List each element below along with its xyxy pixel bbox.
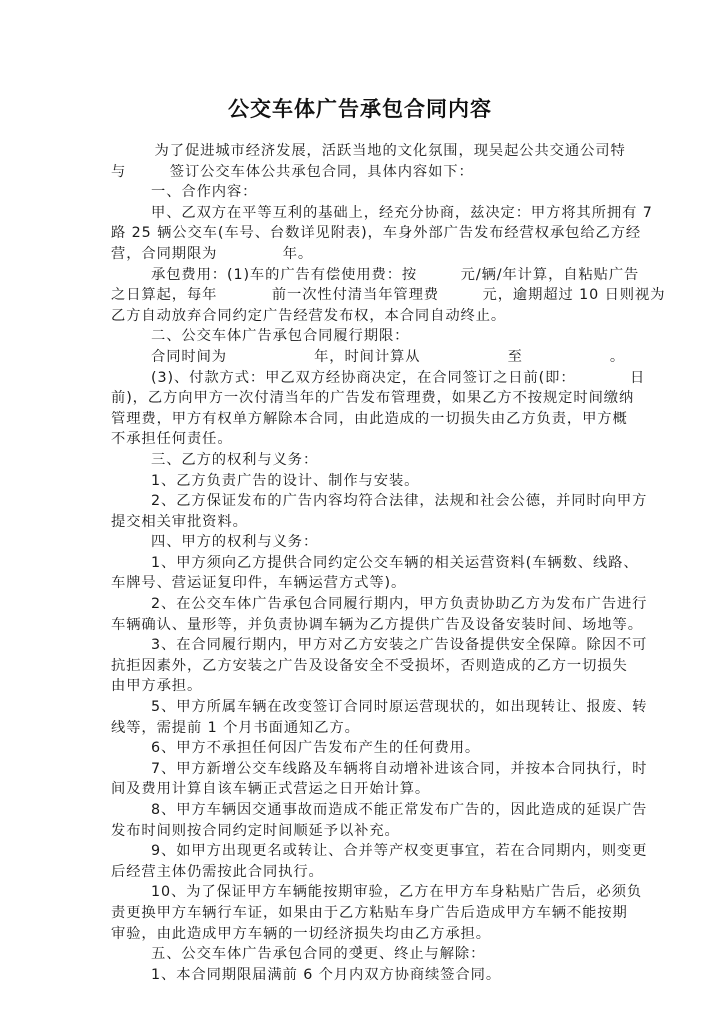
document-line: 合同时间为 年，时间计算从 至 。 bbox=[111, 347, 609, 368]
document-line: 1、乙方负责广告的设计、制作与安装。 bbox=[111, 471, 609, 492]
document-line: 2、乙方保证发布的广告内容均符合法律，法规和社会公德，并同时向甲方 bbox=[111, 491, 609, 512]
document-line: 7、甲方新增公交车线路及车辆将自动增补进该合同，并按本合同执行，时 bbox=[111, 759, 609, 780]
document-line: 9、如甲方出现更名或转让、合并等产权变更事宜，若在合同期内，则变更 bbox=[111, 841, 609, 862]
document-line: 间及费用计算自该车辆正式营运之日开始计算。 bbox=[111, 779, 609, 800]
document-line: 乙方自动放弃合同约定广告经营发布权，本合同自动终止。 bbox=[111, 306, 609, 327]
document-line: 甲、乙双方在平等互利的基础上，经充分协商，兹决定：甲方将其所拥有 7 bbox=[111, 203, 609, 224]
document-line: 管理费，甲方有权单方解除本合同，由此造成的一切损失由乙方负责，甲方概 bbox=[111, 409, 609, 430]
document-line: 一、合作内容： bbox=[111, 182, 609, 203]
document-line: 审验，由此造成甲方车辆的一切经济损失均由乙方承担。 bbox=[111, 924, 609, 945]
document-line: 后经营主体仍需按此合同执行。 bbox=[111, 862, 609, 883]
document-line: 三、乙方的权利与义务： bbox=[111, 450, 609, 471]
document-line: 2、在公交车体广告承包合同履行期内，甲方负责协助乙方为发布广告进行 bbox=[111, 594, 609, 615]
document-line: 1、本合同期限届满前 6 个月内双方协商续签合同。 bbox=[111, 965, 609, 986]
document-line: 责更换甲方车辆行车证，如果由于乙方粘贴车身广告后造成甲方车辆不能按期 bbox=[111, 903, 609, 924]
document-line: 营，合同期限为 年。 bbox=[111, 244, 609, 265]
document-line: 车牌号、营运证复印件，车辆运营方式等)。 bbox=[111, 573, 609, 594]
document-line: 10、为了保证甲方车辆能按期审验，乙方在甲方车身粘贴广告后，必须负 bbox=[111, 882, 609, 903]
document-line: 3、在合同履行期内，甲方对乙方安装之广告设备提供安全保障。除因不可 bbox=[111, 635, 609, 656]
document-line: 四、甲方的权利与义务： bbox=[111, 532, 609, 553]
document-line: 由甲方承担。 bbox=[111, 676, 609, 697]
document-line: (3)、付款方式：甲乙双方经协商决定，在合同签订之日前(即： 日 bbox=[111, 368, 609, 389]
document-body: 为了促进城市经济发展，活跃当地的文化氛围，现吴起公共交通公司特与 签订公交车体公… bbox=[111, 141, 609, 985]
document-line: 抗拒因素外，乙方安装之广告及设备安全不受损坏，否则造成的乙方一切损失 bbox=[111, 656, 609, 677]
document-line: 5、甲方所属车辆在改变签订合同时原运营现状的，如出现转让、报废、转 bbox=[111, 697, 609, 718]
document-line: 为了促进城市经济发展，活跃当地的文化氛围，现吴起公共交通公司特 bbox=[111, 141, 609, 162]
document-line: 承包费用：(1)车的广告有偿使用费：按 元/辆/年计算，自粘贴广告 bbox=[111, 265, 609, 286]
document-line: 前)，乙方向甲方一次付清当年的广告发布管理费，如果乙方不按规定时间缴纳 bbox=[111, 388, 609, 409]
document-line: 发布时间则按合同约定时间顺延予以补充。 bbox=[111, 821, 609, 842]
document-line: 二、公交车体广告承包合同履行期限： bbox=[111, 326, 609, 347]
document-line: 路 25 辆公交车(车号、台数详见附表)，车身外部广告发布经营权承包给乙方经 bbox=[111, 223, 609, 244]
document-line: 之日算起，每年 前一次性付清当年管理费 元，逾期超过 10 日则视为 bbox=[111, 285, 609, 306]
document-line: 车辆确认、量形等，并负责协调车辆为乙方提供广告及设备安装时间、场地等。 bbox=[111, 615, 609, 636]
page-number: 1 bbox=[0, 944, 720, 957]
document-line: 1、甲方须向乙方提供合同约定公交车辆的相关运营资料(车辆数、线路、 bbox=[111, 553, 609, 574]
document-line: 线等，需提前 1 个月书面通知乙方。 bbox=[111, 718, 609, 739]
document-line: 不承担任何责任。 bbox=[111, 429, 609, 450]
document-line: 提交相关审批资料。 bbox=[111, 512, 609, 533]
document-title: 公交车体广告承包合同内容 bbox=[0, 93, 720, 123]
document-line: 6、甲方不承担任何因广告发布产生的任何费用。 bbox=[111, 738, 609, 759]
document-line: 与 签订公交车体公共承包合同，具体内容如下： bbox=[111, 162, 609, 183]
document-line: 8、甲方车辆因交通事故而造成不能正常发布广告的，因此造成的延误广告 bbox=[111, 800, 609, 821]
